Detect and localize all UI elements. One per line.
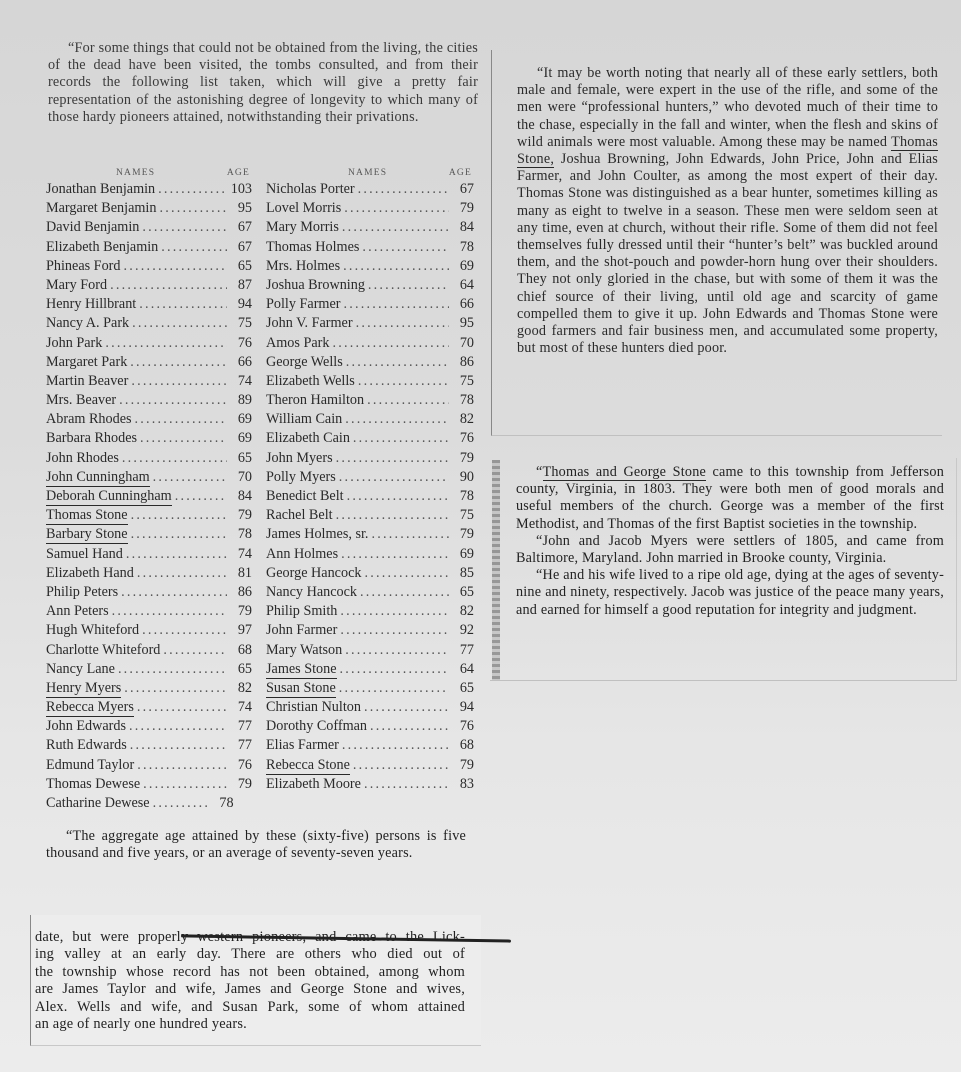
text-line: ing valley at an early day. There are ot… [35,946,465,963]
person-name: Benedict Belt [266,488,344,505]
leader-dots [353,757,449,774]
person-name: Mary Ford [46,277,107,294]
person-name: Edmund Taylor [46,757,134,774]
hunters-clipping: “It may be worth noting that nearly all … [491,50,942,436]
table-row: Joshua Browning64 [266,277,474,296]
myers-paragraph: “John and Jacob Myers were settlers of 1… [516,533,944,567]
person-name: Dorothy Coffman [266,718,367,735]
person-name: Martin Beaver [46,373,128,390]
bottom-clipping: date, but were properly western pioneers… [30,915,481,1046]
text-line: the township whose record has not been o… [35,964,465,981]
age-header: AGE [227,168,250,181]
table-row: Nicholas Porter67 [266,181,474,200]
person-age: 74 [230,373,252,390]
table-row: Polly Farmer66 [266,296,474,315]
table-row: John Rhodes65 [46,450,252,469]
person-name: James Stone [266,661,337,679]
right-rows: Nicholas Porter67Lovel Morris79Mary Morr… [266,181,474,795]
underlined-names: Thomas and George Stone [543,464,707,481]
right-column-header: NAMES AGE [266,168,474,181]
leader-dots [341,546,449,563]
person-name: Philip Smith [266,603,337,620]
person-age: 97 [230,622,252,639]
person-age: 92 [452,622,474,639]
person-name: Thomas Holmes [266,239,359,256]
person-age: 76 [452,718,474,735]
leader-dots [353,430,449,447]
bottom-clipping-text: date, but were properly western pioneers… [35,929,465,1033]
person-age: 69 [230,411,252,428]
person-name: John Myers [266,450,333,467]
names-header: NAMES [348,168,387,181]
leader-dots [345,642,449,659]
leader-dots [139,296,227,313]
hunters-text-after: Joshua Browning, John Edwards, John Pric… [517,151,938,356]
person-name: Ann Peters [46,603,109,620]
table-row: Lovel Morris79 [266,200,474,219]
table-row: Abram Rhodes69 [46,411,252,430]
person-age: 81 [230,565,252,582]
person-name: Susan Stone [266,680,336,698]
person-age: 79 [452,200,474,217]
table-row: Thomas Stone79 [46,507,252,526]
person-name: Christian Nulton [266,699,361,716]
table-row: Ann Holmes69 [266,546,474,565]
person-name: Deborah Cunningham [46,488,172,506]
intro-paragraph: “For some things that could not be obtai… [48,40,478,126]
table-row: Margaret Benjamin95 [46,200,252,219]
person-age: 90 [452,469,474,486]
leader-dots [332,335,449,352]
aggregate-paragraph: “The aggregate age attained by these (si… [46,828,466,862]
stone-myers-clipping: “Thomas and George Stone came to this to… [490,458,957,681]
leader-dots [367,392,449,409]
person-age: 74 [230,699,252,716]
person-name: Mary Morris [266,219,339,236]
person-age: 83 [452,776,474,793]
table-row: Elizabeth Benjamin67 [46,239,252,258]
person-age: 65 [230,450,252,467]
person-name: Nancy Hancock [266,584,357,601]
leader-dots [118,661,227,678]
right-column: NAMES AGE Nicholas Porter67Lovel Morris7… [266,168,474,814]
leader-dots [362,239,449,256]
table-row: Rebecca Stone79 [266,757,474,776]
leader-dots [346,354,449,371]
leader-dots [343,258,449,275]
table-row: Philip Peters86 [46,584,252,603]
leader-dots [135,411,227,428]
table-row: Mrs. Holmes69 [266,258,474,277]
aggregate-summary: “The aggregate age attained by these (si… [46,828,466,862]
leader-dots [336,507,449,524]
person-age: 95 [230,200,252,217]
leader-dots [345,411,449,428]
table-row: John Edwards77 [46,718,252,737]
person-name: Phineas Ford [46,258,120,275]
person-age: 76 [452,430,474,447]
table-row: Amos Park70 [266,335,474,354]
person-age: 66 [230,354,252,371]
person-age: 82 [452,411,474,428]
person-name: John Rhodes [46,450,119,467]
open-quote: “ [536,464,543,480]
person-name: Catharine Dewese [46,795,150,812]
table-row: John Park76 [46,335,252,354]
table-row: Elias Farmer68 [266,737,474,756]
table-row: Martin Beaver74 [46,373,252,392]
table-row: John Myers79 [266,450,474,469]
person-name: Lovel Morris [266,200,341,217]
leader-dots [370,718,449,735]
person-name: George Wells [266,354,343,371]
person-name: Elizabeth Cain [266,430,350,447]
leader-dots [129,718,227,735]
leader-dots [358,181,449,198]
leader-dots [339,680,449,697]
person-age: 65 [452,584,474,601]
leader-dots [112,603,227,620]
person-age: 74 [230,546,252,563]
leader-dots [119,392,227,409]
leader-dots [364,699,449,716]
table-row: John Cunningham70 [46,469,252,488]
leader-dots [142,219,227,236]
table-row: Phineas Ford65 [46,258,252,277]
leader-dots [105,335,227,352]
table-row: Charlotte Whiteford68 [46,642,252,661]
leader-dots [122,450,227,467]
leader-dots [163,642,227,659]
table-row: Nancy Lane65 [46,661,252,680]
person-age: 79 [452,757,474,774]
age-header: AGE [449,168,472,181]
person-name: Barbara Rhodes [46,430,137,447]
leader-dots [356,315,449,332]
table-row: Elizabeth Wells75 [266,373,474,392]
stone-myers-body: “Thomas and George Stone came to this to… [516,464,944,619]
person-age: 70 [452,335,474,352]
person-age: 78 [452,488,474,505]
leader-dots [358,373,449,390]
person-age: 84 [230,488,252,505]
table-row: Mrs. Beaver89 [46,392,252,411]
person-name: James Holmes, sr. [266,526,368,543]
person-name: Margaret Park [46,354,127,371]
person-age: 94 [452,699,474,716]
table-row: Edmund Taylor76 [46,757,252,776]
person-age: 76 [230,757,252,774]
table-row: James Holmes, sr.79 [266,526,474,545]
table-row: Henry Hillbrant94 [46,296,252,315]
leader-dots [123,258,227,275]
person-age: 87 [230,277,252,294]
table-row: Nancy Hancock65 [266,584,474,603]
person-age: 65 [452,680,474,697]
person-name: Rebecca Stone [266,757,350,775]
person-name: John Cunningham [46,469,150,487]
person-age: 69 [452,258,474,275]
leader-dots [336,450,449,467]
person-age: 78 [212,795,234,812]
left-rows: Jonathan Benjamin103Margaret Benjamin95D… [46,181,252,814]
person-name: Charlotte Whiteford [46,642,160,659]
person-name: Ann Holmes [266,546,338,563]
person-name: Elizabeth Moore [266,776,361,793]
person-age: 76 [230,335,252,352]
person-age: 77 [230,718,252,735]
hunters-paragraph: “It may be worth noting that nearly all … [517,65,938,357]
person-age: 68 [452,737,474,754]
leader-dots [344,200,449,217]
person-name: Henry Myers [46,680,121,698]
person-name: Hugh Whiteford [46,622,139,639]
leader-dots [360,584,449,601]
leader-dots [130,354,227,371]
person-age: 69 [452,546,474,563]
person-age: 68 [230,642,252,659]
person-age: 79 [230,507,252,524]
person-age: 77 [230,737,252,754]
person-name: Margaret Benjamin [46,200,156,217]
leader-dots [143,776,227,793]
intro-clipping: “For some things that could not be obtai… [48,40,478,126]
leader-dots [124,680,227,697]
table-row: Mary Morris84 [266,219,474,238]
person-age: 79 [230,603,252,620]
leader-dots [153,469,227,486]
table-row: Ann Peters79 [46,603,252,622]
table-row: Ruth Edwards77 [46,737,252,756]
person-name: William Cain [266,411,342,428]
table-row: Dorothy Coffman76 [266,718,474,737]
table-row: Thomas Dewese79 [46,776,252,795]
person-age: 69 [230,430,252,447]
person-name: Elias Farmer [266,737,339,754]
table-row: Christian Nulton94 [266,699,474,718]
person-age: 67 [230,219,252,236]
leader-dots [131,526,227,543]
table-row: Margaret Park66 [46,354,252,373]
table-row: Rachel Belt75 [266,507,474,526]
table-row: Elizabeth Cain76 [266,430,474,449]
leader-dots [137,757,227,774]
table-row: Hugh Whiteford97 [46,622,252,641]
person-age: 78 [230,526,252,543]
table-row: Benedict Belt78 [266,488,474,507]
person-name: Nicholas Porter [266,181,355,198]
person-name: Elizabeth Benjamin [46,239,158,256]
table-row: Samuel Hand74 [46,546,252,565]
person-age: 82 [452,603,474,620]
person-name: Henry Hillbrant [46,296,136,313]
table-row: James Stone64 [266,661,474,680]
person-age: 79 [230,776,252,793]
person-age: 86 [230,584,252,601]
leader-dots [130,737,227,754]
person-age: 75 [452,373,474,390]
leader-dots [137,699,227,716]
person-name: John Edwards [46,718,126,735]
person-age: 70 [230,469,252,486]
table-row: Polly Myers90 [266,469,474,488]
person-name: Amos Park [266,335,329,352]
leader-dots [340,622,449,639]
person-name: George Hancock [266,565,361,582]
person-name: Rebecca Myers [46,699,134,717]
person-age: 64 [452,661,474,678]
table-row: Elizabeth Moore83 [266,776,474,795]
person-age: 67 [230,239,252,256]
torn-edge [492,460,500,680]
person-age: 75 [230,315,252,332]
person-age: 103 [230,181,252,198]
table-row: Mary Ford87 [46,277,252,296]
leader-dots [342,219,449,236]
leader-dots [175,488,227,505]
table-row: Susan Stone65 [266,680,474,699]
text-line: Alex. Wells and wife, and Susan Park, so… [35,999,465,1016]
names-header: NAMES [116,168,155,181]
person-age: 67 [452,181,474,198]
person-name: Samuel Hand [46,546,123,563]
leader-dots [161,239,227,256]
person-name: John V. Farmer [266,315,353,332]
leader-dots [131,373,227,390]
person-age: 79 [452,450,474,467]
leader-dots [364,776,449,793]
person-name: Elizabeth Wells [266,373,355,390]
person-name: Mrs. Holmes [266,258,340,275]
table-row: Mary Watson77 [266,642,474,661]
person-age: 78 [452,392,474,409]
person-age: 65 [230,661,252,678]
table-row: Theron Hamilton78 [266,392,474,411]
table-row: William Cain82 [266,411,474,430]
person-age: 66 [452,296,474,313]
leader-dots [342,737,449,754]
leader-dots [343,296,449,313]
table-row: Philip Smith82 [266,603,474,622]
table-row: Deborah Cunningham84 [46,488,252,507]
text-line: date, but were properly western pioneers… [35,929,465,946]
person-name: David Benjamin [46,219,139,236]
leader-dots [110,277,227,294]
person-name: Barbary Stone [46,526,128,544]
person-age: 86 [452,354,474,371]
leader-dots [158,181,227,198]
person-name: Polly Farmer [266,296,340,313]
person-name: Nancy A. Park [46,315,129,332]
person-name: Theron Hamilton [266,392,364,409]
person-name: Abram Rhodes [46,411,132,428]
table-row: Jonathan Benjamin103 [46,181,252,200]
hunters-text-before: “It may be worth noting that nearly all … [517,65,938,150]
leader-dots [142,622,227,639]
leader-dots [368,277,449,294]
person-name: Ruth Edwards [46,737,127,754]
longevity-table: NAMES AGE Jonathan Benjamin103Margaret B… [46,168,480,814]
person-age: 84 [452,219,474,236]
leader-dots [347,488,449,505]
leader-dots [121,584,227,601]
leader-dots [137,565,227,582]
person-name: Jonathan Benjamin [46,181,155,198]
leader-dots [340,603,449,620]
person-age: 94 [230,296,252,313]
table-row: Thomas Holmes78 [266,239,474,258]
table-row: Barbary Stone78 [46,526,252,545]
person-age: 82 [230,680,252,697]
table-row: David Benjamin67 [46,219,252,238]
person-name: Elizabeth Hand [46,565,134,582]
person-name: Joshua Browning [266,277,365,294]
person-age: 75 [452,507,474,524]
text-line: an age of nearly one hundred years. [35,1016,465,1033]
leader-dots [126,546,227,563]
left-column: NAMES AGE Jonathan Benjamin103Margaret B… [46,168,252,814]
person-age: 64 [452,277,474,294]
person-name: Polly Myers [266,469,336,486]
person-age: 85 [452,565,474,582]
leader-dots [153,795,209,812]
leader-dots [339,469,449,486]
table-row: George Wells86 [266,354,474,373]
leader-dots [131,507,227,524]
leader-dots [132,315,227,332]
table-row: George Hancock85 [266,565,474,584]
table-row: John Farmer92 [266,622,474,641]
person-age: 89 [230,392,252,409]
leader-dots [371,526,449,543]
person-name: Mary Watson [266,642,342,659]
table-row: Barbara Rhodes69 [46,430,252,449]
person-age: 79 [452,526,474,543]
person-name: Thomas Stone [46,507,128,525]
leader-dots [159,200,227,217]
person-name: Rachel Belt [266,507,333,524]
person-name: Nancy Lane [46,661,115,678]
table-row: Henry Myers82 [46,680,252,699]
person-age: 95 [452,315,474,332]
person-name: John Park [46,335,102,352]
person-name: Thomas Dewese [46,776,140,793]
leader-dots [340,661,449,678]
table-row: Rebecca Myers74 [46,699,252,718]
person-name: John Farmer [266,622,337,639]
person-age: 78 [452,239,474,256]
text-line: are James Taylor and wife, James and Geo… [35,981,465,998]
left-column-header: NAMES AGE [46,168,252,181]
table-row: Nancy A. Park75 [46,315,252,334]
myers-wife-paragraph: “He and his wife lived to a ripe old age… [516,567,944,619]
table-row: Catharine Dewese78 [46,795,252,814]
table-row: John V. Farmer95 [266,315,474,334]
table-row: Elizabeth Hand81 [46,565,252,584]
person-name: Mrs. Beaver [46,392,116,409]
person-age: 65 [230,258,252,275]
leader-dots [140,430,227,447]
person-age: 77 [452,642,474,659]
person-name: Philip Peters [46,584,118,601]
leader-dots [364,565,449,582]
stone-paragraph: “Thomas and George Stone came to this to… [516,464,944,533]
